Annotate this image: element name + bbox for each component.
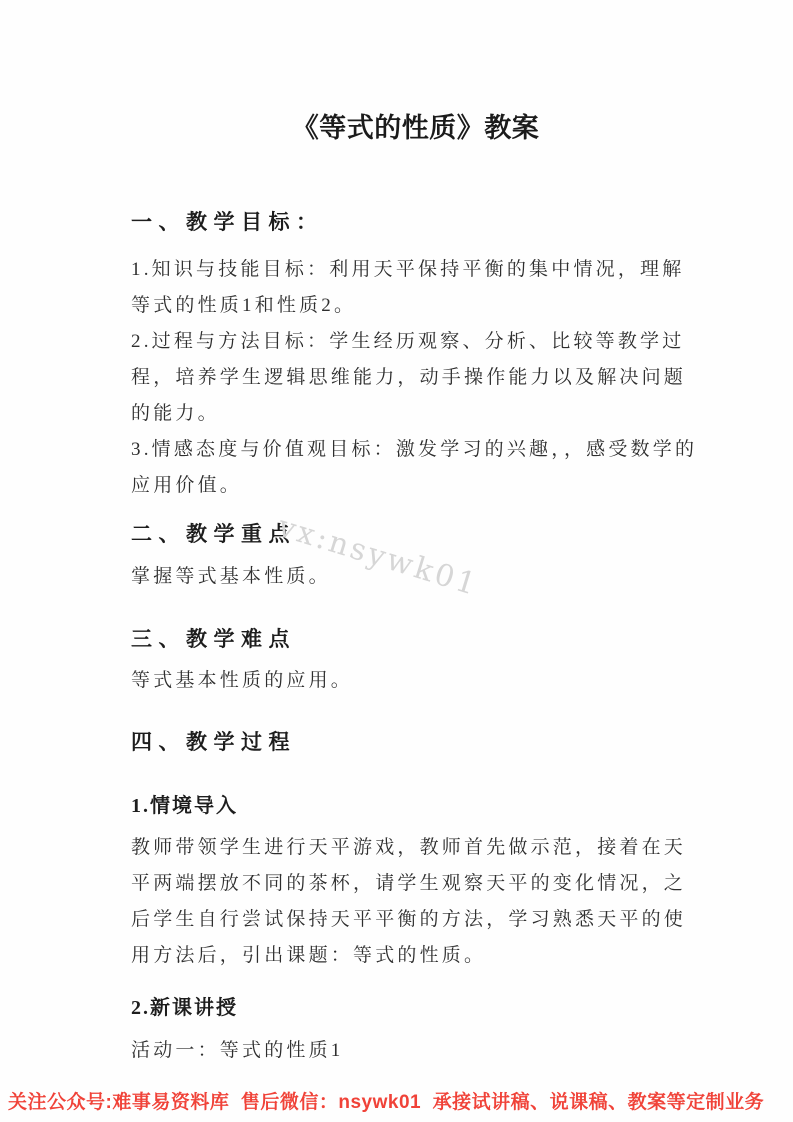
process-step-2-heading: 2.新课讲授 — [131, 996, 700, 1021]
process-step-2-text: 活动一：等式的性质1 — [131, 1033, 700, 1069]
section-heading-key-points: 二、教学重点 — [131, 522, 700, 547]
section-heading-objectives: 一、教学目标： — [131, 210, 700, 235]
footer-note: 关注公众号:难事易资料库 售后微信：nsywk01 承接试讲稿、说课稿、教案等定… — [8, 1091, 793, 1115]
document-page: 《等式的性质》教案 一、教学目标： 1.知识与技能目标：利用天平保持平衡的集中情… — [0, 0, 793, 1122]
document-body: 《等式的性质》教案 一、教学目标： 1.知识与技能目标：利用天平保持平衡的集中情… — [131, 0, 700, 1069]
objective-item-1: 1.知识与技能目标：利用天平保持平衡的集中情况，理解等式的性质1和性质2。 — [131, 252, 700, 324]
key-points-text: 掌握等式基本性质。 — [131, 559, 700, 595]
objective-item-2: 2.过程与方法目标：学生经历观察、分析、比较等教学过程，培养学生逻辑思维能力，动… — [131, 324, 700, 432]
section-heading-difficulties: 三、教学难点 — [131, 627, 700, 652]
objective-item-3: 3.情感态度与价值观目标：激发学习的兴趣，，感受数学的应用价值。 — [131, 432, 700, 504]
process-step-1-text: 教师带领学生进行天平游戏，教师首先做示范，接着在天平两端摆放不同的茶杯，请学生观… — [131, 830, 700, 974]
process-step-1-heading: 1.情境导入 — [131, 794, 700, 819]
difficulties-text: 等式基本性质的应用。 — [131, 663, 700, 699]
document-title: 《等式的性质》教案 — [131, 110, 700, 146]
section-heading-process: 四、教学过程 — [131, 730, 700, 755]
